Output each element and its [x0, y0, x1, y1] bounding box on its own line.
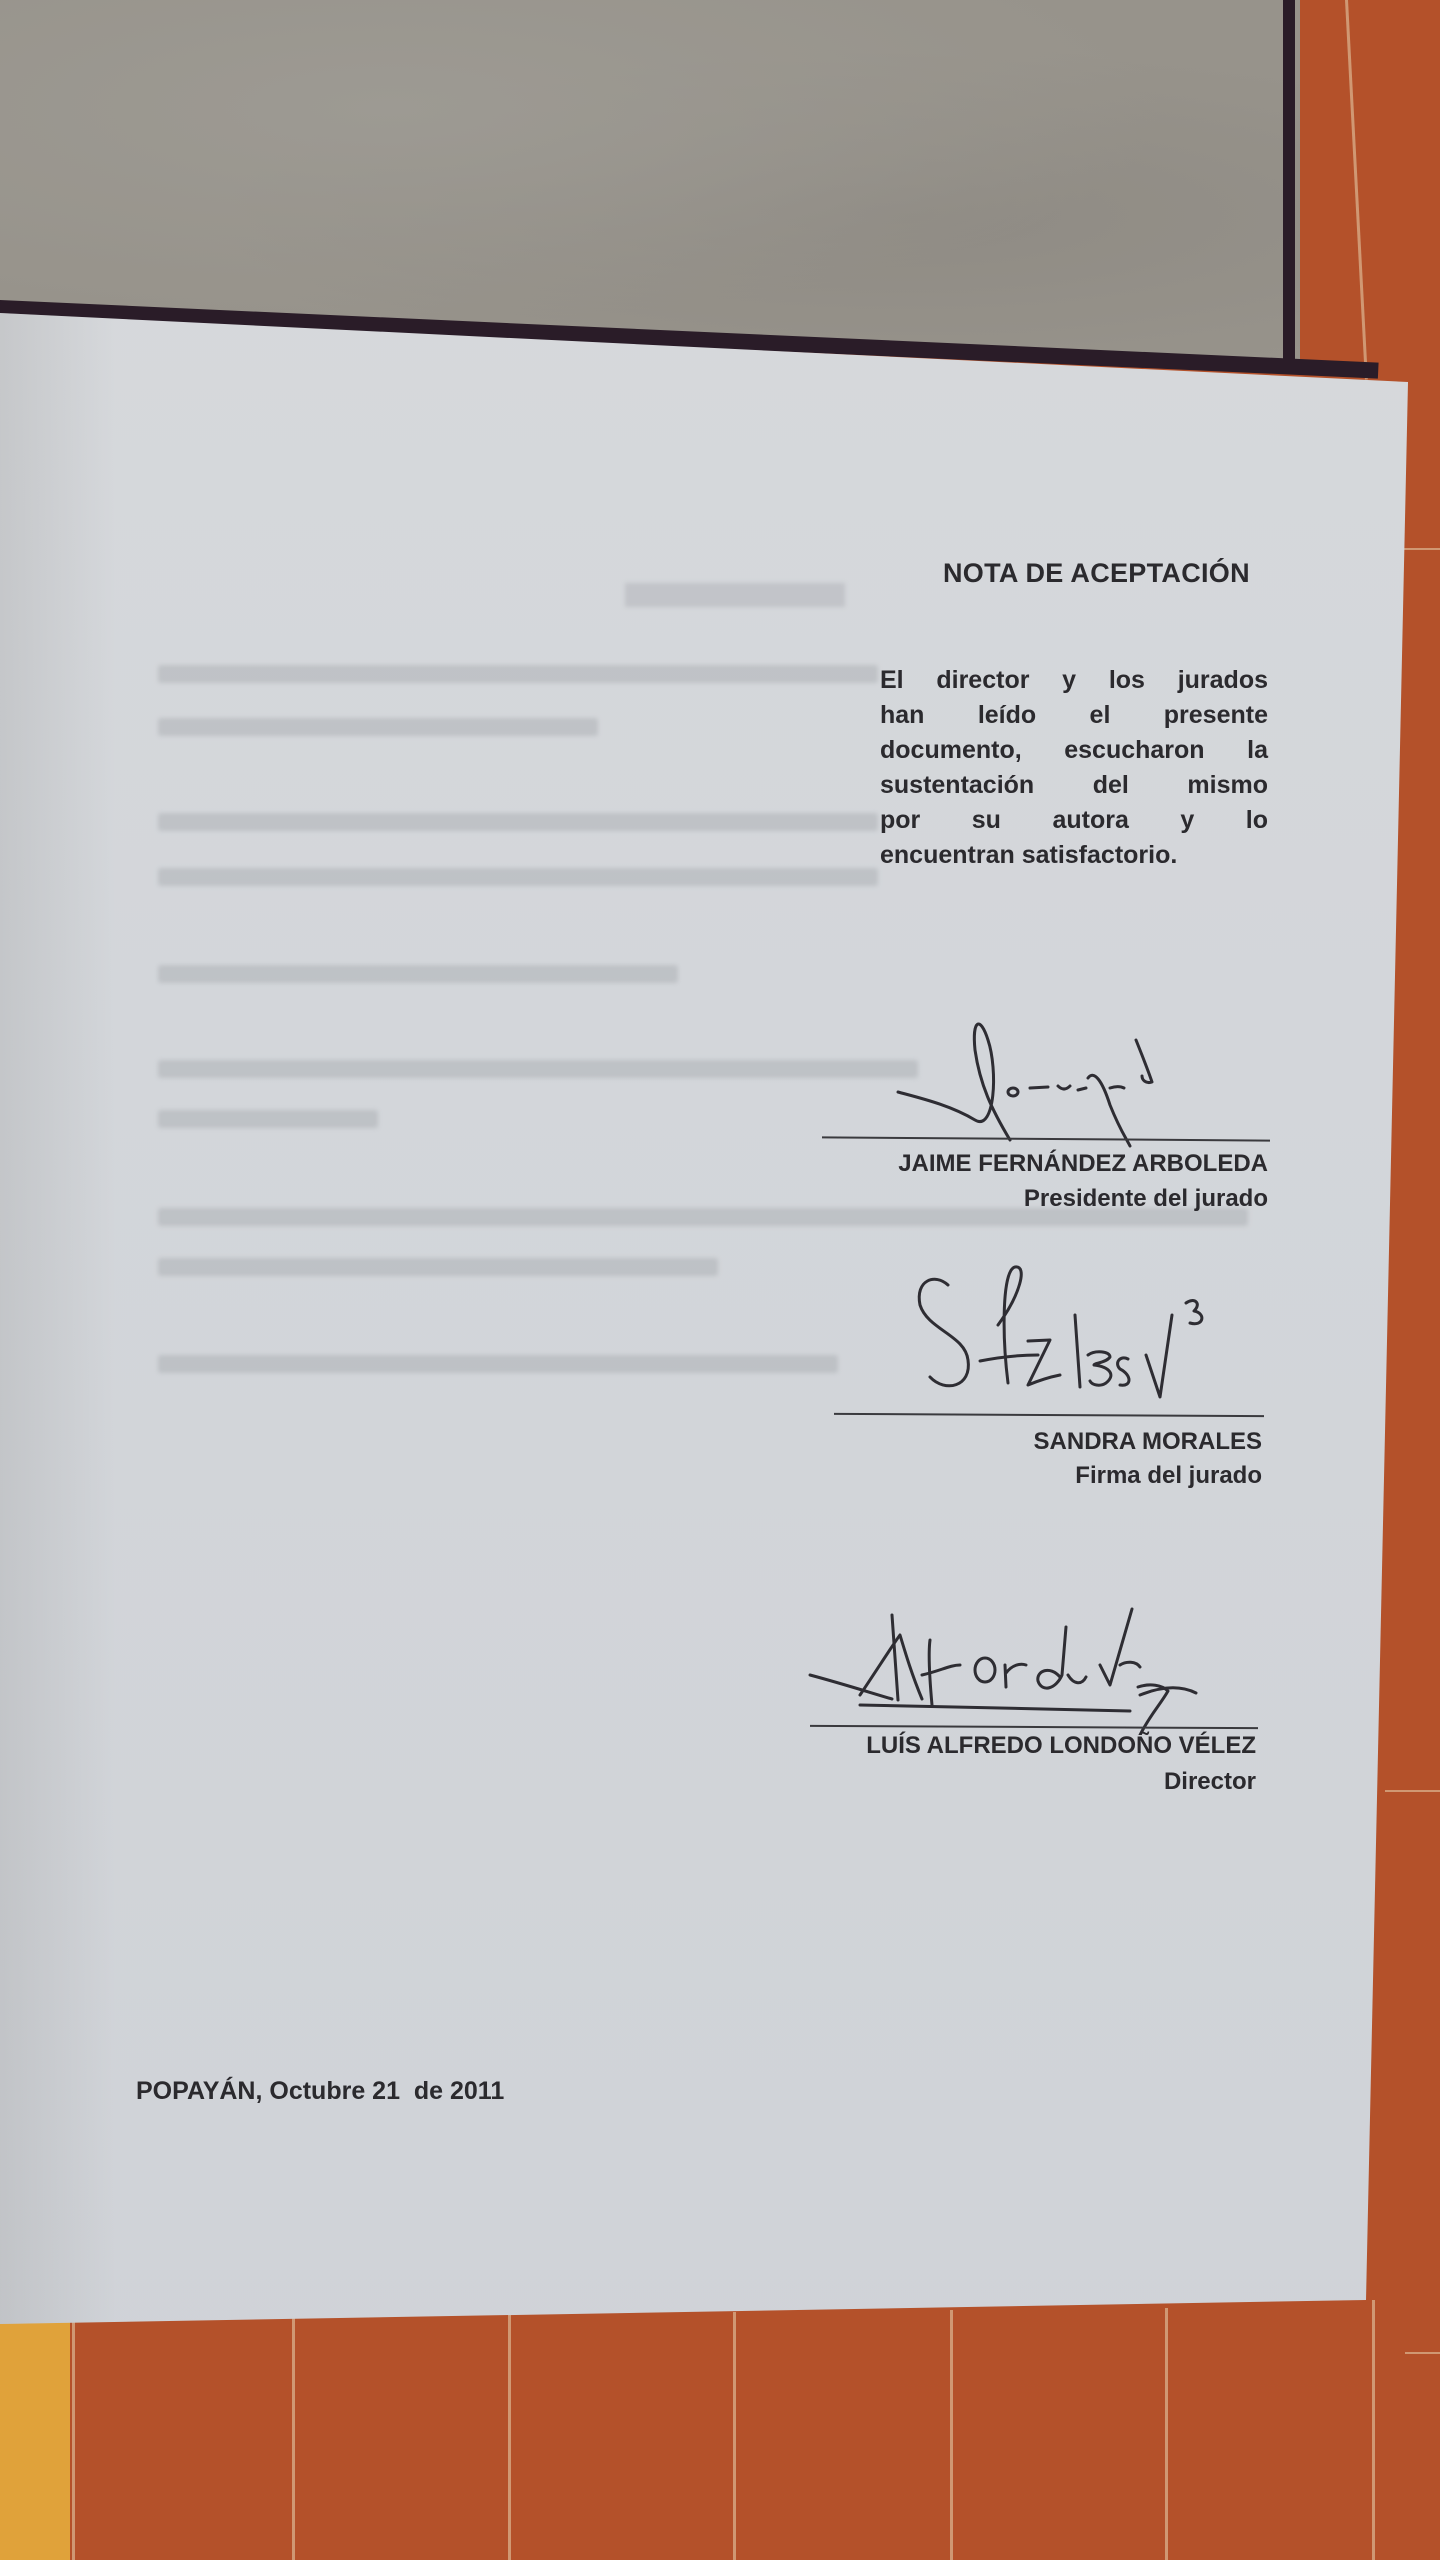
acceptance-statement: El director y los jurados han leído el p… [880, 663, 1268, 873]
statement-line: sustentación del mismo [880, 768, 1268, 803]
signatory-name: JAIME FERNÁNDEZ ARBOLEDA [898, 1150, 1268, 1178]
show-through-line [158, 1110, 378, 1128]
show-through-line [158, 665, 878, 683]
tile-grout [1385, 1790, 1440, 1792]
signatory-name: SANDRA MORALES [1034, 1428, 1262, 1456]
board-frame [1283, 0, 1295, 370]
page-title: NOTA DE ACEPTACIÓN [943, 558, 1250, 589]
tile-grout [1372, 2300, 1375, 2560]
signatory-role: Presidente del jurado [1024, 1185, 1268, 1213]
tile-grout [1400, 548, 1440, 550]
signature-luis [800, 1595, 1220, 1735]
statement-line: documento, escucharon la [880, 733, 1268, 768]
show-through-line [158, 965, 678, 983]
show-through-line [158, 1060, 918, 1078]
tile-grout [72, 2318, 75, 2560]
signatory-role: Firma del jurado [1075, 1462, 1262, 1490]
yellow-object [0, 2320, 70, 2560]
tile-grout [950, 2310, 953, 2560]
show-through-line [158, 1355, 838, 1373]
signature-sandra [910, 1255, 1270, 1415]
show-through-heading [625, 583, 845, 607]
grey-board [0, 0, 1300, 360]
statement-line: encuentran satisfactorio. [880, 838, 1268, 873]
show-through-line [158, 1258, 718, 1276]
tile-grout [1405, 2352, 1440, 2354]
signatory-role: Director [1164, 1768, 1256, 1796]
tile-grout [1165, 2308, 1168, 2560]
signatory-name: LUÍS ALFREDO LONDOÑO VÉLEZ [866, 1732, 1256, 1760]
statement-line: El director y los jurados [880, 663, 1268, 698]
signature-jaime [880, 1010, 1240, 1150]
statement-line: por su autora y lo [880, 803, 1268, 838]
place-date: POPAYÁN, Octubre 21 de 2011 [136, 2077, 504, 2106]
tile-grout [733, 2312, 736, 2560]
show-through-line [158, 813, 878, 831]
tile-grout [508, 2314, 511, 2560]
show-through-line [158, 718, 598, 736]
show-through-line [158, 868, 878, 886]
tile-grout [292, 2318, 295, 2560]
statement-line: han leído el presente [880, 698, 1268, 733]
